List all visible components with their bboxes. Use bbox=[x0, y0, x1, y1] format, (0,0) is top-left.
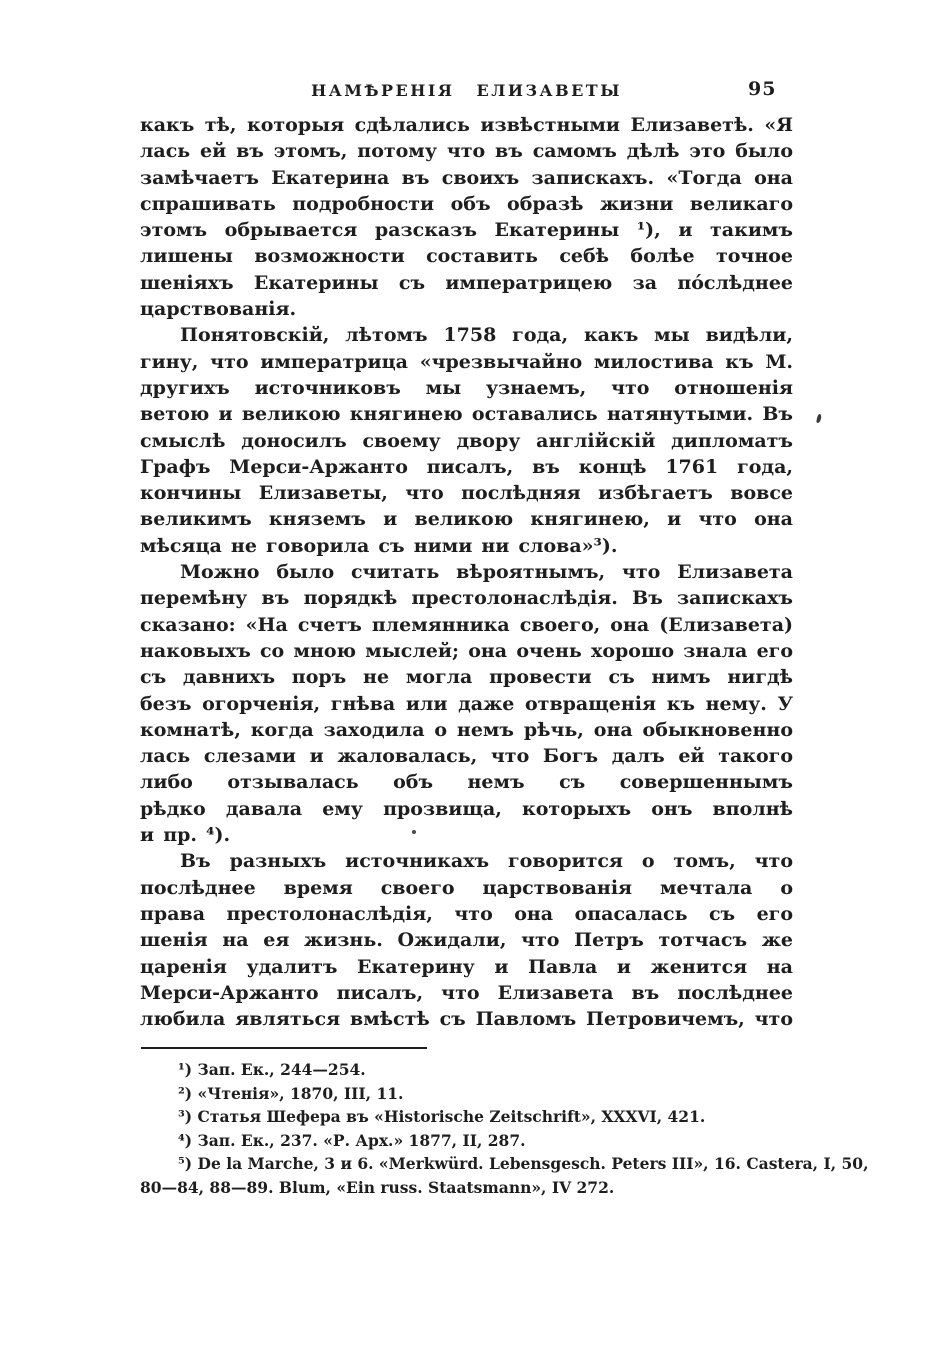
text-line: съ давнихъ поръ не могла провести съ ним… bbox=[140, 664, 793, 690]
text-line: замѣчаетъ Екатерина въ своихъ запискахъ.… bbox=[140, 165, 793, 191]
text-line: шеніяхъ Екатерины съ императрицею за по́… bbox=[140, 270, 793, 296]
text-line: этомъ обрывается разсказъ Екатерины ¹), … bbox=[140, 217, 793, 243]
text-line: любила являться вмѣстѣ съ Павломъ Петров… bbox=[140, 1006, 793, 1032]
text-line: лишены возможности составить себѣ болѣе … bbox=[140, 243, 793, 269]
text-line: наковыхъ со мною мыслей; она очень хорош… bbox=[140, 638, 793, 664]
text-line: Въ разныхъ источникахъ говорится о томъ,… bbox=[140, 848, 793, 874]
text-line: смыслѣ доносилъ своему двору англійскій … bbox=[140, 428, 793, 454]
text-line: послѣднее время своего царствованія мечт… bbox=[140, 875, 793, 901]
text-line: другихъ источниковъ мы узнаемъ, что отно… bbox=[140, 375, 793, 401]
text-line: Понятовскій, лѣтомъ 1758 года, какъ мы в… bbox=[140, 322, 793, 348]
footnotes: ¹) Зап. Ек., 244—254.²) «Чтенія», 1870, … bbox=[140, 1058, 860, 1200]
footnote-line: ⁴) Зап. Ек., 237. «Р. Арх.» 1877, II, 28… bbox=[140, 1129, 860, 1153]
text-line: либо отзывалась объ немъ съ совершеннымъ… bbox=[140, 769, 793, 795]
text-line: безъ огорченія, гнѣва или даже отвращені… bbox=[140, 691, 793, 717]
text-line: царенія удалитъ Екатерину и Павла и жени… bbox=[140, 954, 793, 980]
text-line: лась слезами и жаловалась, что Богъ далъ… bbox=[140, 743, 793, 769]
footnote-line: ⁵) De la Marche, 3 и 6. «Merkwürd. Leben… bbox=[140, 1152, 860, 1176]
text-line: мѣсяца не говорила съ ними ни слова»³). bbox=[140, 533, 793, 559]
text-line: рѣдко давала ему прозвища, которыхъ онъ … bbox=[140, 796, 793, 822]
text-line: Можно было считать вѣроятнымъ, что Елиза… bbox=[140, 559, 793, 585]
text-line: перемѣну въ порядкѣ престолонаслѣдія. Въ… bbox=[140, 585, 793, 611]
scan-artifact bbox=[412, 830, 416, 834]
body-text: какъ тѣ, которыя сдѣлались извѣстными Ел… bbox=[140, 112, 793, 1032]
footnote-separator-rule bbox=[141, 1047, 427, 1049]
text-line: спрашивать подробности объ образѣ жизни … bbox=[140, 191, 793, 217]
scan-artifact bbox=[816, 414, 822, 424]
text-line: права престолонаслѣдія, что она опасалас… bbox=[140, 901, 793, 927]
text-line: комнатѣ, когда заходила о немъ рѣчь, она… bbox=[140, 717, 793, 743]
text-line: лась ей въ этомъ, потому что въ самомъ д… bbox=[140, 138, 793, 164]
text-line: гину, что императрица «чрезвычайно милос… bbox=[140, 349, 793, 375]
text-line: сказано: «На счетъ племянника своего, он… bbox=[140, 612, 793, 638]
text-line: Мерси-Аржанто писалъ, что Елизавета въ п… bbox=[140, 980, 793, 1006]
text-line: шенія на ея жизнь. Ожидали, что Петръ то… bbox=[140, 927, 793, 953]
footnote-line: ¹) Зап. Ек., 244—254. bbox=[140, 1058, 860, 1082]
running-title: НАМѢРЕНІЯ ЕЛИЗАВЕТЫ bbox=[140, 81, 793, 100]
text-line: Графъ Мерси-Аржанто писалъ, въ концѣ 176… bbox=[140, 454, 793, 480]
page-number: 95 bbox=[748, 78, 776, 100]
footnote-line: ³) Статья Шефера въ «Historische Zeitsch… bbox=[140, 1105, 860, 1129]
book-page: НАМѢРЕНІЯ ЕЛИЗАВЕТЫ 95 какъ тѣ, которыя … bbox=[0, 0, 928, 1349]
footnote-line: 80—84, 88—89. Blum, «Ein russ. Staatsman… bbox=[140, 1176, 860, 1200]
text-line: царствованія. bbox=[140, 296, 793, 322]
text-line: и пр. ⁴). bbox=[140, 822, 793, 848]
text-line: ветою и великою княгинею оставались натя… bbox=[140, 401, 793, 427]
text-line: какъ тѣ, которыя сдѣлались извѣстными Ел… bbox=[140, 112, 793, 138]
footnote-line: ²) «Чтенія», 1870, III, 11. bbox=[140, 1082, 860, 1106]
text-line: великимъ княземъ и великою княгинею, и ч… bbox=[140, 506, 793, 532]
text-line: кончины Елизаветы, что послѣдняя избѣгае… bbox=[140, 480, 793, 506]
